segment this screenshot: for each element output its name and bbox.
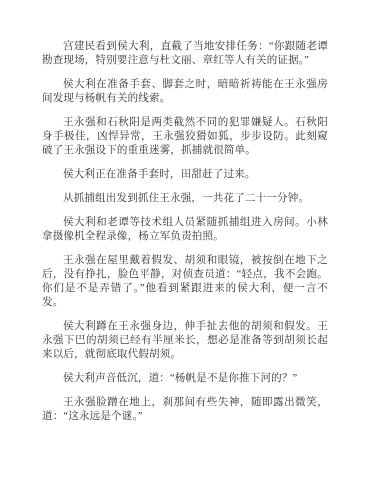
paragraph: 王永强和石秋阳是两类截然不同的犯罪嫌疑人。石秋阳身手极佳，凶悍异常，王永强狡猾如…	[42, 116, 328, 158]
text-content: 宫建民看到侯大利，直截了当地安排任务：“你跟随老谭勘查现场，特别要注意与杜文丽、…	[42, 40, 328, 424]
paragraph: 侯大利和老谭等技术组人员紧随抓捕组进入房间。小林拿摄像机全程录像，杨立军负责拍照…	[42, 216, 328, 244]
paragraph: 侯大利正在准备手套时，田甜赶了过来。	[42, 168, 328, 182]
paragraph: 王永强脸蹭在地上，刹那间有些失神，随即露出微笑，道：“这永远是个谜。”	[42, 396, 328, 424]
ebook-page: 宫建民看到侯大利，直截了当地安排任务：“你跟随老谭勘查现场，特别要注意与杜文丽、…	[0, 0, 370, 480]
paragraph: 侯大利声音低沉，道：“杨帆是不是你推下河的？”	[42, 372, 328, 386]
paragraph: 王永强在屋里戴着假发、胡须和眼镜，被按倒在地下之后，没有挣扎，脸色平静，对侦查员…	[42, 254, 328, 310]
paragraph: 宫建民看到侯大利，直截了当地安排任务：“你跟随老谭勘查现场，特别要注意与杜文丽、…	[42, 40, 328, 68]
paragraph: 从抓捕组出发到抓住王永强，一共花了二十一分钟。	[42, 192, 328, 206]
paragraph: 侯大利蹲在王永强身边，伸手扯去他的胡须和假发。王永强下巴的胡须已经有半厘米长，想…	[42, 320, 328, 362]
paragraph: 侯大利在准备手套、脚套之时，暗暗祈祷能在王永强房间发现与杨帆有关的线索。	[42, 78, 328, 106]
